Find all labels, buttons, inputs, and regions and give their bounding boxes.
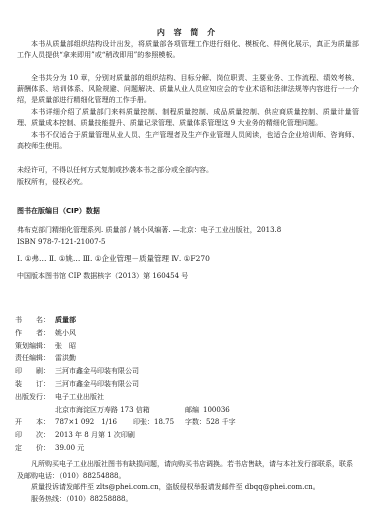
imprint-postcode: 100036 [203,404,230,417]
imprint-row-author: 作 者： 姚小风 [15,327,50,340]
cip-verification: 中国版本图书馆 CIP 数据核字（2013）第 160454 号 [17,271,188,282]
imprint-value: 质量部 [55,314,76,327]
imprint-label: 策划编辑： [15,342,50,350]
imprint-value: 三河市鑫金马印装有限公司 [55,365,139,378]
imprint-value: 张 昭 [55,340,76,353]
imprint-row-responsible-editor: 责任编辑： 雷洪勤 [15,352,50,365]
imprint-value: 电子工业出版社 [55,391,104,404]
summary-title: 内 容 简 介 [0,27,375,38]
contact-defect-notice: 凡所购买电子工业出版社图书有缺损问题，请向购买书店调换。若书店售缺，请与本社发行… [17,459,359,482]
imprint-row-edition: 印 次： 2013 年 8 月第 1 次印刷 [15,429,50,442]
summary-paragraph-1: 本书从质量部组织结构设计出发，将质量部各项管理工作进行细化、模板化、样例化展示，… [17,39,359,61]
cip-classification: Ⅰ. ①弗… Ⅱ. ①姚… Ⅲ. ①企业管理－质量管理 Ⅳ. ①F270 [17,253,210,264]
imprint-value: 39.00 元 [55,442,84,455]
imprint-word-count: 字数：528 千字 [185,416,236,429]
summary-paragraph-3: 本书详细介绍了质量部门来料质量控制、制程质量控制、成品质量控制、供应商质量控制、… [17,107,359,129]
copyright-notice: 未经许可，不得以任何方式复制或抄袭本书之部分或全部内容。 [17,165,213,176]
imprint-label: 装 订： [15,380,50,388]
imprint-row-title: 书 名： 质量部 [15,314,50,327]
contact-complaint-email: 质量投诉请发邮件至 zlts@phei.com.cn，盗版侵权举报请发邮件至 d… [17,482,359,494]
contact-block: 凡所购买电子工业出版社图书有缺损问题，请向购买书店调换。若书店售缺，请与本社发行… [17,459,359,505]
imprint-label: 出版发行： [15,393,50,401]
imprint-label: 开 本： [15,418,50,426]
imprint-row-price: 定 价： 39.00 元 [15,442,50,455]
imprint-row-planning-editor: 策划编辑： 张 昭 [15,340,50,353]
copyright-page: 内 容 简 介 本书从质量部组织结构设计出发，将质量部各项管理工作进行细化、模板… [0,0,375,526]
imprint-row-binding: 装 订： 三河市鑫金马印装有限公司 [15,378,50,391]
imprint-label: 书 名： [15,316,50,324]
imprint-postcode-label: 邮编 [185,404,199,417]
rights-reserved: 版权所有，侵权必究。 [17,177,87,188]
imprint-value: 姚小风 [55,327,76,340]
imprint-row-printing: 印 刷： 三河市鑫金马印装有限公司 [15,365,50,378]
cip-record: 弗布克部门精细化管理系列. 质量部 / 姚小风编著. —北京：电子工业出版社，2… [17,225,281,236]
imprint-address: 北京市海淀区万寿路 173 信箱 [55,404,150,417]
imprint-row-address: 北京市海淀区万寿路 173 信箱 邮编 100036 [15,404,50,417]
imprint-value: 雷洪勤 [55,352,76,365]
imprint-label: 印 刷： [15,367,50,375]
imprint-block: 书 名： 质量部 作 者： 姚小风 策划编辑： 张 昭 责任编辑： 雷洪勤 印 … [15,314,50,455]
imprint-label: 责任编辑： [15,354,50,362]
summary-paragraph-4: 本书不仅适合于质量管理从业人员、生产管理者及生产作业管理人员阅读，也适合企业培训… [17,130,359,152]
imprint-row-publisher: 出版发行： 电子工业出版社 [15,391,50,404]
summary-paragraph-2: 全书共分为 10 章，分别对质量部的组织结构、目标分解、岗位职责、主要业务、工作… [17,73,359,107]
imprint-label: 定 价： [15,444,50,452]
imprint-value: 2013 年 8 月第 1 次印刷 [55,429,135,442]
contact-hotline: 服务热线：（010）88258888。 [17,494,359,506]
imprint-label: 印 次： [15,431,50,439]
imprint-label: 作 者： [15,329,50,337]
cip-isbn: ISBN 978-7-121-21007-5 [17,237,105,248]
imprint-value: 三河市鑫金马印装有限公司 [55,378,139,391]
imprint-value: 787×1 092 1/16 [55,416,117,429]
imprint-sheets: 印张：18.75 [133,416,174,429]
cip-heading: 图书在版编目（CIP）数据 [17,206,100,216]
imprint-row-format: 开 本： 787×1 092 1/16 印张：18.75 字数：528 千字 [15,416,50,429]
